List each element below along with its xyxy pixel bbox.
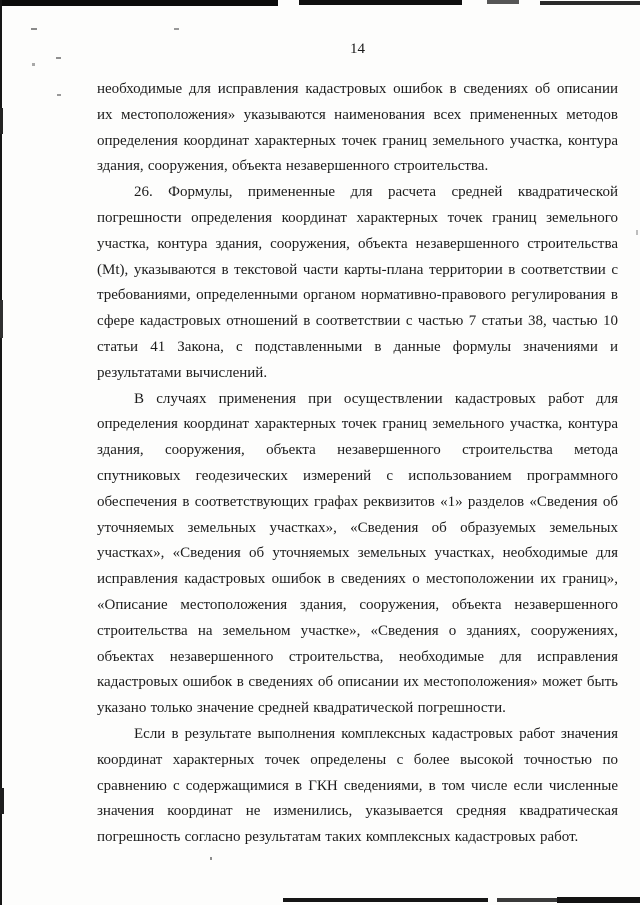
scan-artifact-top-bar	[0, 0, 278, 6]
text-line: (Mt), указываются в текстовой части карт…	[97, 258, 618, 284]
text-line: 26. Формулы, примененные для расчета сре…	[97, 180, 618, 206]
text-line: сфере кадастровых отношений в соответств…	[97, 309, 618, 335]
scan-speck	[31, 28, 37, 30]
text-line: указано только значение средней квадрати…	[97, 696, 618, 722]
text-line: статьи 41 Закона, с подставленными в дан…	[97, 335, 618, 361]
scan-speck	[174, 28, 179, 30]
text-line: «Описание местоположения здания, сооруже…	[97, 593, 618, 619]
text-line: значения координат не изменились, указыв…	[97, 799, 618, 825]
scan-artifact-bottom-bar	[557, 897, 640, 903]
scan-artifact-left-dash	[0, 108, 3, 134]
text-line: здания, сооружения, объекта незавершенно…	[97, 438, 618, 464]
scan-artifact-bottom-bar	[497, 898, 557, 902]
scan-artifact-bottom-bar	[283, 898, 488, 902]
document-text: необходимые для исправления кадастровых …	[97, 77, 618, 851]
scan-artifact-left-edge	[0, 0, 2, 905]
scan-speck	[210, 857, 212, 860]
text-line: Если в результате выполнения комплексных…	[97, 722, 618, 748]
text-line: требованиями, определенными органом норм…	[97, 283, 618, 309]
page-number: 14	[97, 40, 618, 58]
text-line: результатами вычислений.	[97, 361, 618, 387]
scan-speck	[57, 94, 61, 96]
text-line: участках», «Сведения об уточняемых земел…	[97, 541, 618, 567]
text-line: необходимые для исправления кадастровых …	[97, 77, 618, 103]
text-line: погрешности определения координат характ…	[97, 206, 618, 232]
text-line: спутниковых геодезических измерений с ис…	[97, 464, 618, 490]
scan-artifact-top-bar	[487, 0, 519, 4]
text-line: погрешность согласно результатам таких к…	[97, 825, 618, 851]
scan-artifact-left-dash	[0, 788, 4, 814]
text-line: участка, контура здания, сооружения, объ…	[97, 232, 618, 258]
text-line: исправления кадастровых ошибок в сведени…	[97, 567, 618, 593]
scan-artifact-left-dash	[0, 300, 3, 338]
text-line: кадастровых ошибок в сведениях об описан…	[97, 670, 618, 696]
text-line: здания, сооружения, объекта незавершенно…	[97, 154, 618, 180]
scan-speck	[56, 57, 61, 59]
text-line: их местоположения» указываются наименова…	[97, 103, 618, 129]
text-line: уточняемых земельных участках», «Сведени…	[97, 516, 618, 542]
scan-artifact-top-bar	[540, 1, 640, 5]
text-line: определения координат характерных точек …	[97, 412, 618, 438]
scan-artifact-left-dash	[0, 610, 2, 670]
text-line: объектах незавершенного строительства, н…	[97, 645, 618, 671]
text-line: сравнению с содержащимися в ГКН сведения…	[97, 774, 618, 800]
scanned-document-page: 14 необходимые для исправления кадастров…	[0, 0, 640, 905]
text-line: строительства на земельном участке», «Св…	[97, 619, 618, 645]
scan-speck	[32, 63, 35, 66]
scan-artifact-top-bar	[299, 0, 462, 5]
text-line: В случаях применения при осуществлении к…	[97, 387, 618, 413]
text-line: определения координат характерных точек …	[97, 129, 618, 155]
scan-speck	[636, 230, 638, 235]
text-line: координат характерных точек определены с…	[97, 748, 618, 774]
text-line: обеспечения в соответствующих графах рек…	[97, 490, 618, 516]
